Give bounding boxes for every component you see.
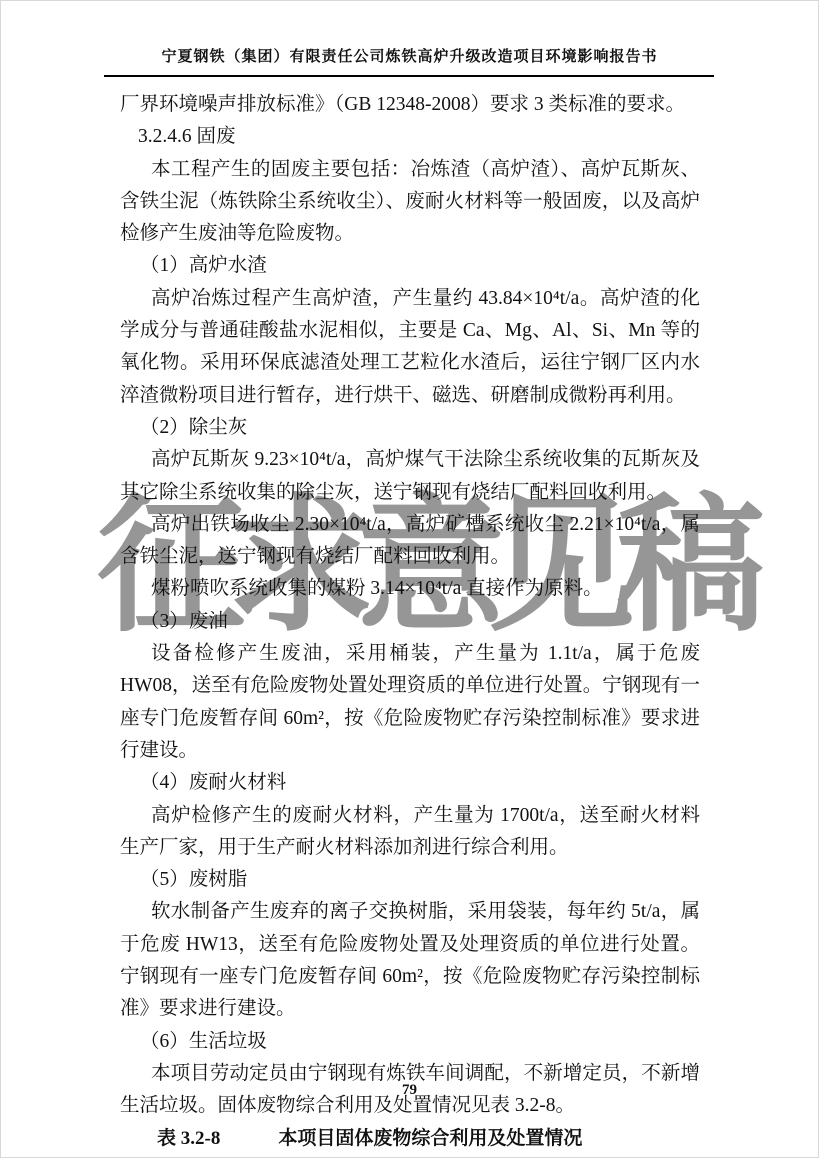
paragraph-overview: 本工程产生的固废主要包括：冶炼渣（高炉渣）、高炉瓦斯灰、含铁尘泥（炼铁除尘系统收… — [120, 154, 700, 251]
paragraph-resin: 软水制备产生废弃的离子交换树脂，采用袋装，每年约 5t/a，属于危废 HW13，… — [120, 896, 700, 1025]
table-caption-label: 表 3.2-8 — [157, 1123, 220, 1155]
table-caption-title: 本项目固体废物综合利用及处置情况 — [278, 1123, 582, 1155]
section-heading-solid-waste: 3.2.4.6 固废 — [120, 121, 700, 153]
document-page: 征求意见稿 宁夏钢铁（集团）有限责任公司炼铁高炉升级改造项目环境影响报告书 厂界… — [0, 0, 819, 1158]
paragraph-casting-dust: 高炉出铁场收尘 2.30×10⁴t/a，高炉矿槽系统收尘 2.21×10⁴t/a… — [120, 509, 700, 574]
paragraph-continuation: 厂界环境噪声排放标准》（GB 12348-2008）要求 3 类标准的要求。 — [120, 89, 700, 121]
page-header: 宁夏钢铁（集团）有限责任公司炼铁高炉升级改造项目环境影响报告书 — [1, 1, 818, 77]
subheading-refractory: （4）废耐火材料 — [120, 767, 700, 799]
paragraph-waste-oil: 设备检修产生废油，采用桶装，产生量为 1.1t/a，属于危废 HW08，送至有危… — [120, 638, 700, 767]
paragraph-refractory: 高炉检修产生的废耐火材料，产生量为 1700t/a，送至耐火材料生产厂家，用于生… — [120, 800, 700, 865]
paragraph-coal-powder: 煤粉喷吹系统收集的煤粉 3.14×10⁴t/a 直接作为原料。 — [120, 573, 700, 605]
page-number: 79 — [1, 1082, 818, 1099]
subheading-dust: （2）除尘灰 — [120, 412, 700, 444]
subheading-slag: （1）高炉水渣 — [120, 250, 700, 282]
document-body: 厂界环境噪声排放标准》（GB 12348-2008）要求 3 类标准的要求。 3… — [1, 77, 818, 1155]
subheading-domestic-waste: （6）生活垃圾 — [120, 1026, 700, 1058]
paragraph-gas-ash: 高炉瓦斯灰 9.23×10⁴t/a，高炉煤气干法除尘系统收集的瓦斯灰及其它除尘系… — [120, 444, 700, 509]
paragraph-slag: 高炉冶炼过程产生高炉渣，产生量约 43.84×10⁴t/a。高炉渣的化学成分与普… — [120, 283, 700, 412]
report-title: 宁夏钢铁（集团）有限责任公司炼铁高炉升级改造项目环境影响报告书 — [1, 1, 818, 67]
table-caption: 表 3.2-8 本项目固体废物综合利用及处置情况 — [120, 1123, 700, 1155]
subheading-resin: （5）废树脂 — [120, 864, 700, 896]
subheading-waste-oil: （3）废油 — [120, 606, 700, 638]
